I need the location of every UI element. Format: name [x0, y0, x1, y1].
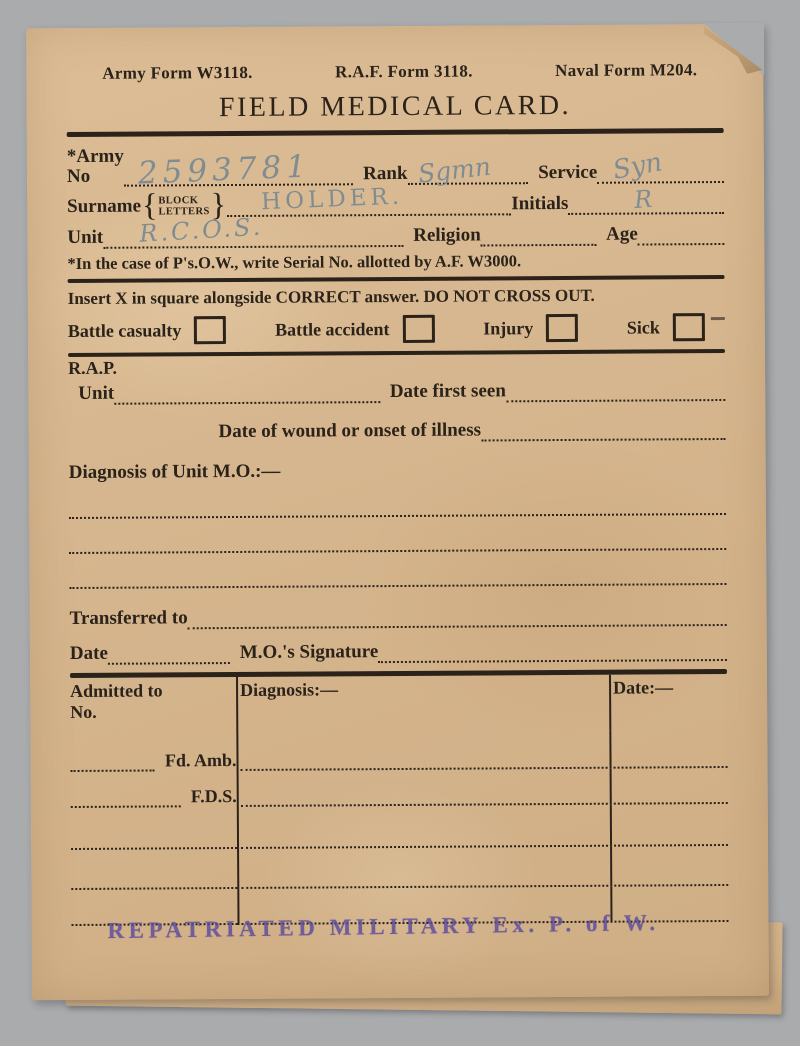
blank-admission-row	[71, 804, 728, 850]
battle-accident-checkbox	[402, 315, 434, 343]
sick-checkbox	[673, 314, 705, 342]
fds-label: F.D.S.	[191, 786, 237, 807]
divider-rule	[68, 275, 725, 283]
initials-label: Initials	[511, 193, 568, 215]
open-brace: {	[142, 192, 158, 218]
casualty-checkbox-row: Battle casualty Battle accident Injury S…	[68, 313, 725, 345]
rap-unit-label: Unit	[78, 383, 114, 405]
transferred-field	[188, 624, 727, 629]
army-no-label: *Army No	[67, 147, 124, 187]
diagnosis-writing-line	[69, 583, 726, 589]
blank-admission-row	[71, 846, 728, 890]
admissions-table: Admitted to No. Diagnosis:— Date:— Fd. A…	[70, 674, 729, 926]
diagnosis-label: Diagnosis of Unit M.O.:—	[69, 458, 726, 484]
rank-field: Sgmn	[408, 182, 529, 185]
religion-label: Religion	[413, 225, 481, 247]
diagnosis-header: Diagnosis:—	[236, 675, 611, 733]
field-medical-card: Army Form W3118. R.A.F. Form 3118. Naval…	[26, 24, 769, 1000]
rap-unit-row: Unit Date first seen	[68, 379, 725, 405]
fd-amb-label: Fd. Amb.	[165, 750, 237, 771]
form-reference-row: Army Form W3118. R.A.F. Form 3118. Naval…	[66, 60, 723, 84]
service-label: Service	[538, 162, 597, 184]
surname-label: Surname	[67, 196, 141, 218]
date-field	[108, 662, 230, 665]
initials-field: R	[568, 212, 724, 215]
surname-row: Surname { BLOCK LETTERS } HOLDER. Initia…	[67, 189, 724, 219]
wound-date-field	[481, 438, 726, 441]
injury-option: Injury	[483, 314, 578, 343]
checkbox-instruction: Insert X in square alongside CORRECT ans…	[68, 285, 725, 309]
unit-handwritten-value: R.C.O.S.	[138, 213, 263, 248]
army-number-row: *Army No 2593781 Rank Sgmn Service Syn	[67, 143, 724, 187]
battle-accident-option: Battle accident	[275, 315, 435, 344]
religion-field	[481, 244, 596, 247]
unit-row: Unit R.C.O.S. Religion Age	[67, 223, 724, 249]
divider-rule	[67, 128, 724, 137]
sick-option: Sick	[627, 313, 725, 342]
close-brace: }	[211, 192, 227, 218]
battle-casualty-checkbox	[194, 317, 226, 345]
mo-signature-label: M.O.'s Signature	[240, 642, 379, 665]
date-first-seen-field	[506, 399, 725, 402]
diagnosis-writing-line	[69, 548, 726, 554]
mo-signature-field	[378, 659, 727, 663]
pow-footnote: *In the case of P's.O.W., write Serial N…	[67, 250, 724, 274]
age-label: Age	[606, 224, 638, 246]
rank-label: Rank	[363, 163, 407, 185]
block-letters-note: BLOCK LETTERS	[158, 196, 209, 218]
date-first-seen-label: Date first seen	[390, 381, 506, 404]
raf-form-ref: R.A.F. Form 3118.	[335, 62, 473, 83]
date-label: Date	[70, 643, 108, 665]
naval-form-ref: Naval Form M204.	[555, 60, 697, 81]
surname-field: HOLDER.	[227, 214, 511, 218]
service-field: Syn	[597, 181, 724, 184]
rap-unit-field	[114, 402, 380, 406]
date-signature-row: Date M.O.'s Signature	[70, 639, 727, 665]
army-no-handwritten-value: 2593781	[137, 148, 311, 191]
army-no-field: 2593781	[124, 183, 353, 186]
admitted-to-header: Admitted to No.	[70, 677, 236, 734]
injury-checkbox	[546, 314, 578, 342]
wound-date-row: Date of wound or onset of illness	[68, 418, 725, 444]
unit-field: R.C.O.S.	[103, 245, 403, 249]
unit-label: Unit	[67, 227, 103, 249]
card-title: FIELD MEDICAL CARD.	[66, 89, 723, 125]
fds-row: F.D.S.	[71, 768, 728, 808]
initials-handwritten-value: R	[633, 185, 653, 214]
surname-handwritten-value: HOLDER.	[260, 184, 403, 216]
admissions-header-row: Admitted to No. Diagnosis:— Date:—	[70, 674, 727, 734]
fd-amb-row: Fd. Amb.	[70, 730, 727, 772]
wound-date-label: Date of wound or onset of illness	[218, 420, 481, 444]
army-form-ref: Army Form W3118.	[102, 63, 253, 84]
date-header: Date:—	[611, 674, 727, 731]
rank-handwritten-value: Sgmn	[416, 152, 492, 189]
transferred-label: Transferred to	[70, 608, 188, 631]
age-field	[638, 243, 725, 246]
diagnosis-writing-line	[69, 513, 726, 519]
transferred-row: Transferred to	[70, 604, 727, 630]
rap-heading: R.A.P.	[68, 354, 725, 379]
battle-casualty-option: Battle casualty	[68, 317, 227, 346]
stray-pen-mark	[711, 317, 725, 320]
service-handwritten-value: Syn	[611, 147, 665, 185]
